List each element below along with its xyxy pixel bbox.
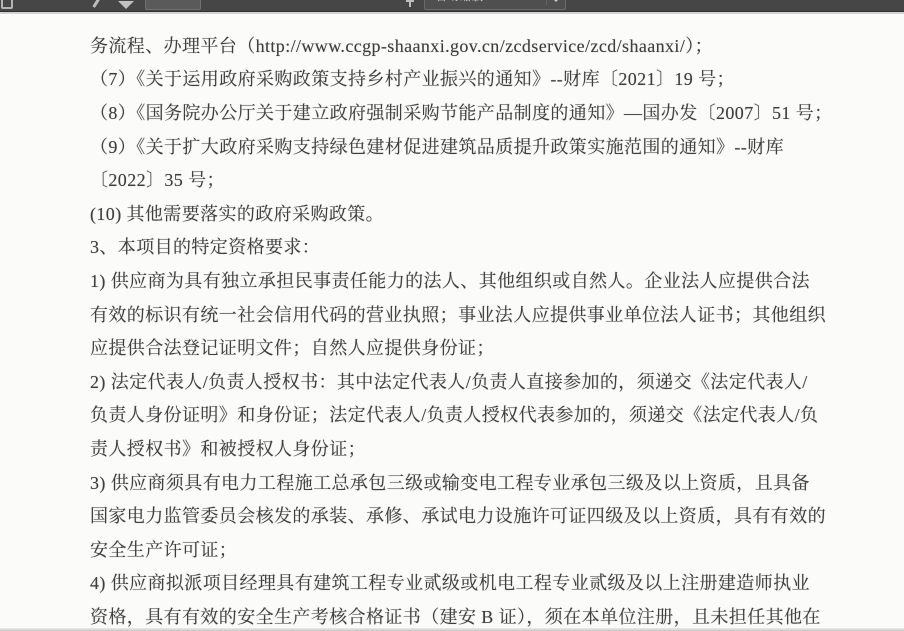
document-line: 负责人身份证明》和身份证；法定代表人/负责人授权代表参加的，须递交《法定代表人/… — [90, 398, 904, 432]
document-line: 应提供合法登记证明文件；自然人应提供身份证； — [90, 330, 904, 364]
document-line: 2) 法定代表人/负责人授权书：其中法定代表人/负责人直接参加的，须递交《法定代… — [90, 364, 904, 398]
document-line: 务流程、办理平台（http://www.ccgp-shaanxi.gov.cn/… — [90, 28, 904, 62]
document-line: (10) 其他需要落实的政府采购政策。 — [90, 196, 904, 230]
pdf-viewer-window: 自动缩放 务流程、办理平台（http://www.ccgp-shaanxi.go… — [0, 0, 904, 631]
page-down-icon[interactable] — [118, 1, 134, 9]
find-icon[interactable] — [92, 0, 100, 8]
document-line: 安全生产许可证； — [90, 532, 904, 566]
zoom-level-label: 自动缩放 — [436, 0, 484, 3]
document-line: 1) 供应商为具有独立承担民事责任能力的法人、其他组织或自然人。企业法人应提供合… — [90, 263, 904, 297]
select-separator — [546, 0, 547, 5]
sidebar-toggle-icon[interactable] — [1, 0, 13, 9]
chevron-down-icon — [552, 0, 560, 2]
page-number-input[interactable] — [145, 0, 201, 10]
zoom-level-select[interactable]: 自动缩放 — [424, 0, 566, 10]
document-line: 〔2022〕35 号； — [90, 162, 904, 196]
document-line: 4) 供应商拟派项目经理具有建筑工程专业贰级或机电工程专业贰级及以上注册建造师执… — [90, 566, 904, 600]
document-line: 责人授权书》和被授权人身份证； — [90, 431, 904, 465]
document-line: 资格，具有有效的安全生产考核合格证书（建安 B 证），须在本单位注册，且未担任其… — [90, 599, 904, 631]
document-line: （8）《国务院办公厅关于建立政府强制采购节能产品制度的通知》—国办发〔2007〕… — [90, 95, 904, 129]
document-line: 国家电力监管委员会核发的承装、承修、承试电力设施许可证四级及以上资质，具有有效的 — [90, 498, 904, 532]
document-line: 3) 供应商须具有电力工程施工总承包三级或输变电工程专业承包三级及以上资质，且具… — [90, 465, 904, 499]
document-text-block: 务流程、办理平台（http://www.ccgp-shaanxi.gov.cn/… — [0, 14, 904, 631]
pdf-toolbar: 自动缩放 — [0, 0, 904, 12]
document-line: 有效的标识有统一社会信用代码的营业执照；事业法人应提供事业单位法人证书；其他组织 — [90, 297, 904, 331]
document-line: （7）《关于运用政府采购政策支持乡村产业振兴的通知》--财库〔2021〕19 号… — [90, 62, 904, 96]
zoom-in-icon[interactable] — [409, 0, 411, 7]
document-line: （9）《关于扩大政府采购支持绿色建材促进建筑品质提升政策实施范围的通知》--财库 — [90, 129, 904, 163]
document-line: 3、本项目的特定资格要求： — [90, 230, 904, 264]
document-page: 务流程、办理平台（http://www.ccgp-shaanxi.gov.cn/… — [0, 14, 904, 628]
